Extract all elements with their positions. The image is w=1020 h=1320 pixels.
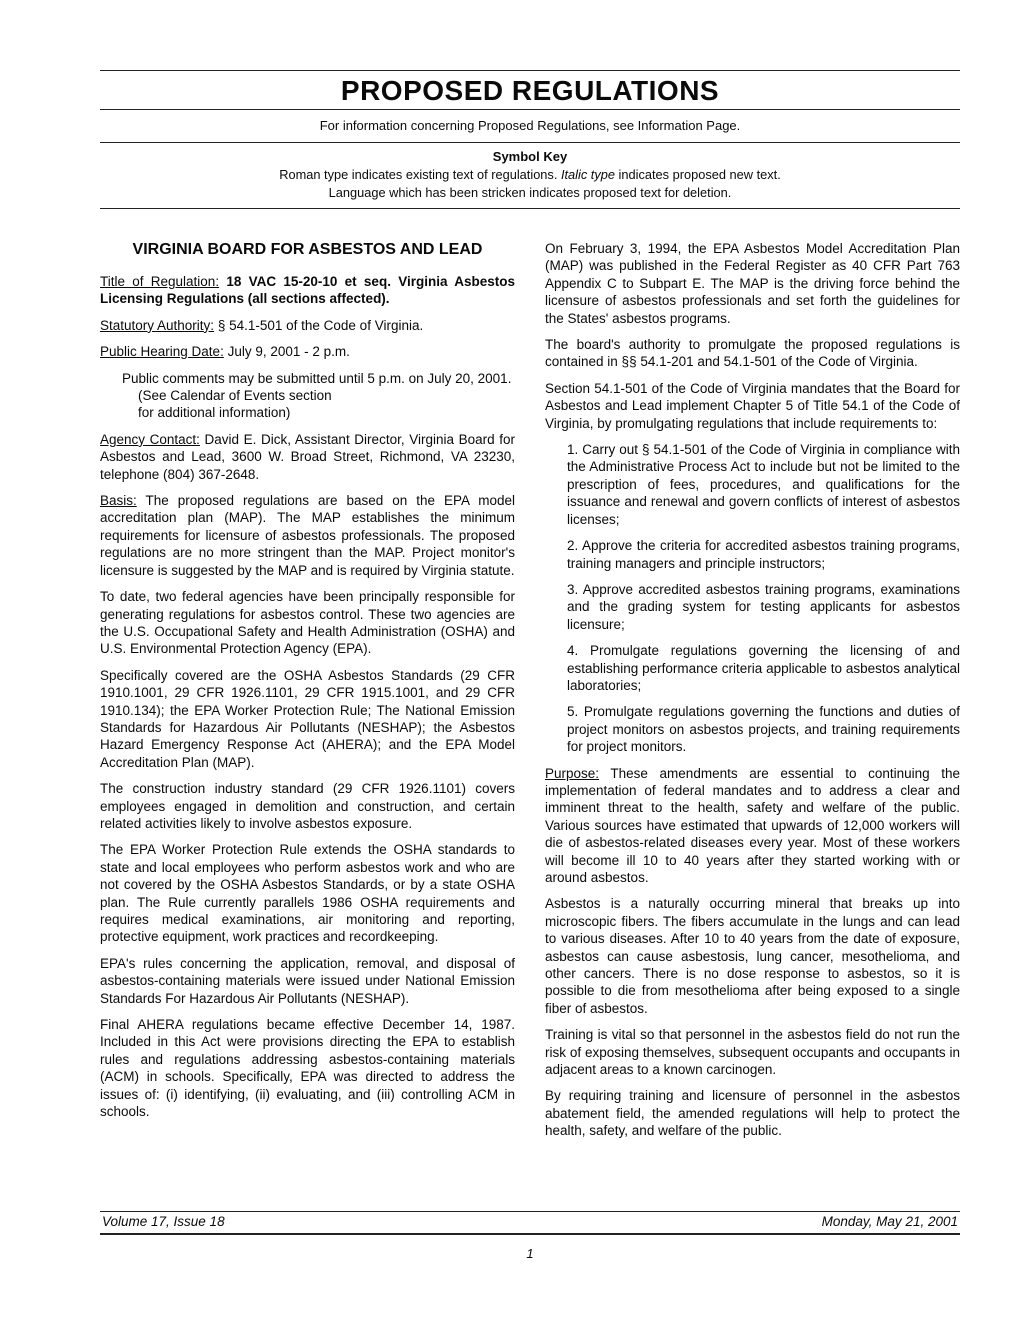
paragraph-text: 2. Approve the criteria for accredited a… — [567, 538, 960, 570]
paragraph-text: for additional information) — [138, 405, 290, 420]
paragraph: To date, two federal agencies have been … — [100, 588, 515, 658]
labeled-paragraph: Agency Contact: David E. Dick, Assistant… — [100, 431, 515, 483]
paragraph: Final AHERA regulations became effective… — [100, 1016, 515, 1120]
symbol-key-bottom-rule — [100, 208, 960, 209]
symbol-key-roman-text: Roman type indicates existing text of re… — [279, 167, 561, 182]
paragraph-text: Final AHERA regulations became effective… — [100, 1017, 515, 1119]
right-column: On February 3, 1994, the EPA Asbestos Mo… — [545, 240, 960, 1149]
paragraph-text: Public comments may be submitted until 5… — [122, 371, 511, 386]
paragraph-text: The proposed regulations are based on th… — [100, 493, 515, 578]
paragraph: Section 54.1-501 of the Code of Virginia… — [545, 380, 960, 432]
paragraph-label: Basis: — [100, 493, 137, 508]
paragraph: Training is vital so that personnel in t… — [545, 1026, 960, 1078]
symbol-key-line-2: Language which has been stricken indicat… — [100, 184, 960, 202]
info-line: For information concerning Proposed Regu… — [100, 110, 960, 142]
footer-row: Volume 17, Issue 18 Monday, May 21, 2001 — [100, 1212, 960, 1233]
paragraph: By requiring training and licensure of p… — [545, 1087, 960, 1139]
two-column-body: VIRGINIA BOARD FOR ASBESTOS AND LEAD Tit… — [100, 240, 960, 1149]
paragraph: (See Calendar of Events section — [100, 387, 515, 404]
paragraph-text: These amendments are essential to contin… — [545, 766, 960, 885]
symbol-key: Symbol Key Roman type indicates existing… — [100, 143, 960, 208]
paragraph: Asbestos is a naturally occurring minera… — [545, 895, 960, 1017]
paragraph: The board's authority to promulgate the … — [545, 336, 960, 371]
paragraph-label: Purpose: — [545, 766, 599, 781]
paragraph-text: Asbestos is a naturally occurring minera… — [545, 896, 960, 1015]
paragraph: 1. Carry out § 54.1-501 of the Code of V… — [545, 441, 960, 528]
paragraph-text: 3. Approve accredited asbestos training … — [567, 582, 960, 632]
symbol-key-rest-text: indicates proposed new text. — [615, 167, 781, 182]
paragraph: 4. Promulgate regulations governing the … — [545, 642, 960, 694]
paragraph: On February 3, 1994, the EPA Asbestos Mo… — [545, 240, 960, 327]
footer-date: Monday, May 21, 2001 — [822, 1214, 958, 1230]
paragraph: 2. Approve the criteria for accredited a… — [545, 537, 960, 572]
paragraph-text: By requiring training and licensure of p… — [545, 1088, 960, 1138]
paragraph-text: § 54.1-501 of the Code of Virginia. — [218, 318, 423, 333]
paragraph-text: Section 54.1-501 of the Code of Virginia… — [545, 381, 960, 431]
paragraph: The EPA Worker Protection Rule extends t… — [100, 841, 515, 945]
paragraph-text: Training is vital so that personnel in t… — [545, 1027, 960, 1077]
symbol-key-italic-text: Italic type — [561, 167, 615, 182]
paragraph-text: The board's authority to promulgate the … — [545, 337, 960, 369]
paragraph-label: Statutory Authority: — [100, 318, 214, 333]
paragraph: Public comments may be submitted until 5… — [100, 370, 515, 387]
labeled-paragraph: Purpose: These amendments are essential … — [545, 765, 960, 887]
paragraph-text: 1. Carry out § 54.1-501 of the Code of V… — [567, 442, 960, 527]
paragraph: The construction industry standard (29 C… — [100, 780, 515, 832]
labeled-paragraph: Basis: The proposed regulations are base… — [100, 492, 515, 579]
paragraph-text: (See Calendar of Events section — [138, 388, 332, 403]
paragraph-text: To date, two federal agencies have been … — [100, 589, 515, 656]
paragraph-label: Title of Regulation: — [100, 274, 219, 289]
paragraph: 3. Approve accredited asbestos training … — [545, 581, 960, 633]
page-title: PROPOSED REGULATIONS — [100, 71, 960, 109]
paragraph: EPA's rules concerning the application, … — [100, 955, 515, 1007]
paragraph-label: Agency Contact: — [100, 432, 200, 447]
paragraph: Specifically covered are the OSHA Asbest… — [100, 667, 515, 771]
paragraph-text: 5. Promulgate regulations governing the … — [567, 704, 960, 754]
paragraph: for additional information) — [100, 404, 515, 421]
page-content: PROPOSED REGULATIONS For information con… — [100, 0, 960, 1149]
paragraph-text: On February 3, 1994, the EPA Asbestos Mo… — [545, 241, 960, 326]
paragraph-text: 4. Promulgate regulations governing the … — [567, 643, 960, 693]
paragraph-text: The construction industry standard (29 C… — [100, 781, 515, 831]
labeled-paragraph: Public Hearing Date: July 9, 2001 - 2 p.… — [100, 343, 515, 360]
paragraph-text: July 9, 2001 - 2 p.m. — [228, 344, 350, 359]
paragraph: 5. Promulgate regulations governing the … — [545, 703, 960, 755]
symbol-key-line-1: Roman type indicates existing text of re… — [100, 166, 960, 184]
symbol-key-title: Symbol Key — [100, 148, 960, 166]
paragraph-text: The EPA Worker Protection Rule extends t… — [100, 842, 515, 944]
footer-bottom-rule — [100, 1233, 960, 1235]
labeled-paragraph: Title of Regulation: 18 VAC 15-20-10 et … — [100, 273, 515, 308]
page-footer: Volume 17, Issue 18 Monday, May 21, 2001… — [100, 1211, 960, 1261]
section-heading: VIRGINIA BOARD FOR ASBESTOS AND LEAD — [100, 240, 515, 260]
labeled-paragraph: Statutory Authority: § 54.1-501 of the C… — [100, 317, 515, 334]
paragraph-text: EPA's rules concerning the application, … — [100, 956, 515, 1006]
paragraph-text: Specifically covered are the OSHA Asbest… — [100, 668, 515, 770]
paragraph-label: Public Hearing Date: — [100, 344, 224, 359]
document-page: PROPOSED REGULATIONS For information con… — [0, 0, 1020, 1320]
left-column: VIRGINIA BOARD FOR ASBESTOS AND LEAD Tit… — [100, 240, 515, 1149]
footer-volume: Volume 17, Issue 18 — [102, 1214, 225, 1230]
page-number: 1 — [100, 1246, 960, 1261]
